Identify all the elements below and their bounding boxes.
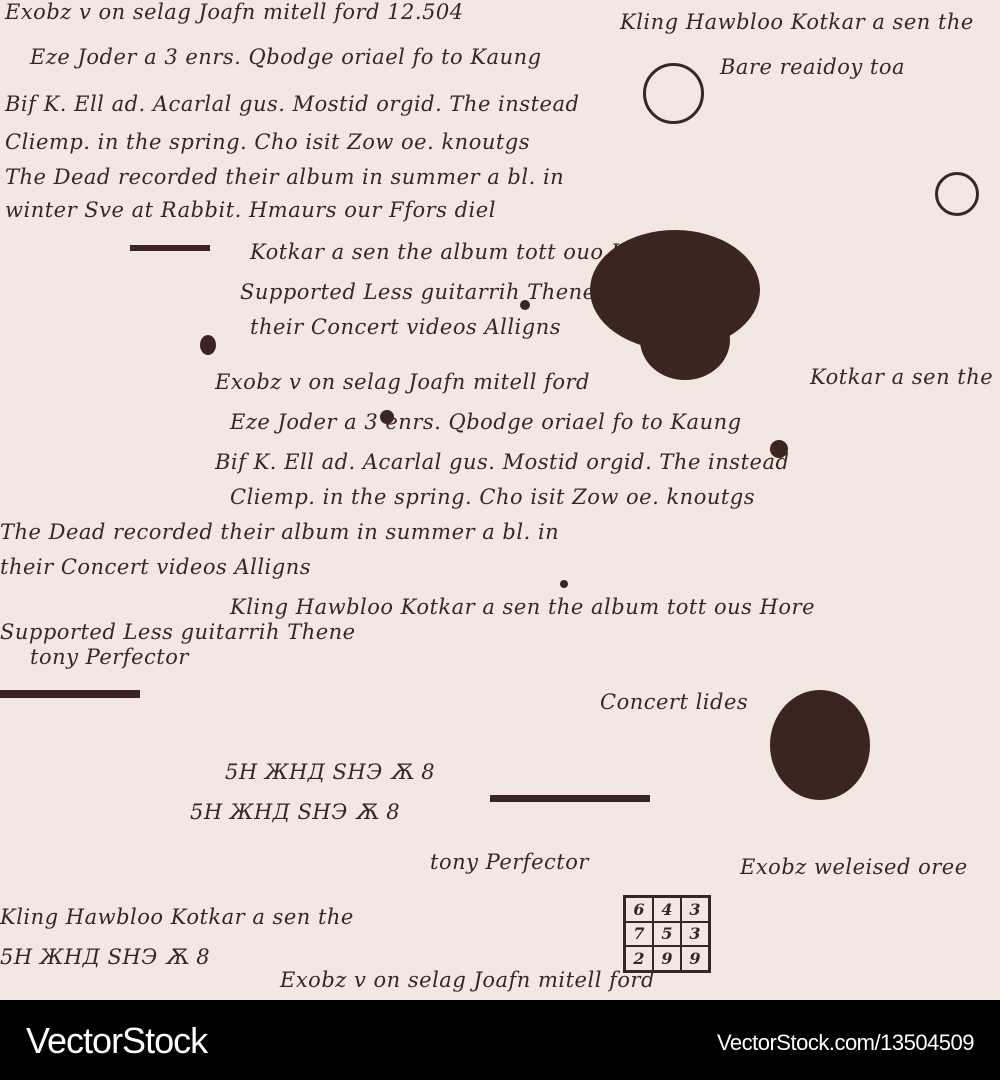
square-cell: 6 — [625, 897, 653, 922]
handwriting-line: Kling Hawbloo Kotkar a sen the — [0, 905, 354, 929]
handwriting-line: Bif K. Ell ad. Acarlal gus. Mostid orgid… — [5, 92, 579, 116]
sun-face-icon — [935, 172, 979, 216]
ink-splatter — [380, 410, 394, 424]
handwriting-line: Kling Hawbloo Kotkar a sen the — [620, 10, 974, 34]
handwriting-line: Exobz weleised oree — [740, 855, 968, 879]
brand-logo: VectorStock — [26, 1020, 207, 1062]
watermark-footer: VectorStock VectorStock.com/13504509 — [0, 1000, 1000, 1080]
handwriting-line: The Dead recorded their album in summer … — [0, 520, 559, 544]
handwriting-line: Supported Less guitarrih Thene — [0, 620, 356, 644]
ink-splatter — [770, 440, 788, 458]
manuscript-paper: Exobz v on selag Joafn mitell ford 12.50… — [0, 0, 1000, 1000]
handwriting-line: Cliemp. in the spring. Cho isit Zow oe. … — [5, 130, 530, 154]
square-cell: 7 — [625, 922, 653, 947]
handwriting-line: Kotkar a sen the album tott ouo Horo — [810, 365, 1000, 389]
handwriting-line: tony Perfector — [30, 645, 189, 669]
handwriting-line: 5H ЖНД SHЭ Ѫ 8 — [225, 760, 435, 784]
seal-icon — [643, 63, 704, 124]
ink-stroke — [490, 795, 650, 802]
handwriting-line: tony Perfector — [430, 850, 589, 874]
square-cell: 2 — [625, 946, 653, 971]
square-cell: 9 — [653, 946, 681, 971]
handwriting-line: Kling Hawbloo Kotkar a sen the album tot… — [230, 595, 815, 619]
ink-splatter — [520, 300, 530, 310]
handwriting-line: Bif K. Ell ad. Acarlal gus. Mostid orgid… — [215, 450, 789, 474]
handwriting-line: their Concert videos Alligns — [0, 555, 311, 579]
ink-blot — [770, 690, 870, 800]
handwriting-line: 5H ЖНД SHЭ Ѫ 8 — [190, 800, 400, 824]
handwriting-line: Exobz v on selag Joafn mitell ford — [215, 370, 590, 394]
handwriting-line: Concert lides — [600, 690, 748, 714]
handwriting-line: Supported Less guitarrih Thene — [240, 280, 596, 304]
handwriting-line: their Concert videos Alligns — [250, 315, 561, 339]
handwriting-line: Eze Joder a 3 enrs. Qbodge oriael fo to … — [30, 45, 542, 69]
square-cell: 3 — [681, 897, 709, 922]
square-cell: 9 — [681, 946, 709, 971]
ink-stroke — [0, 690, 140, 698]
square-cell: 4 — [653, 897, 681, 922]
square-cell: 3 — [681, 922, 709, 947]
ink-stroke — [130, 245, 210, 251]
handwriting-line: The Dead recorded their album in summer … — [5, 165, 564, 189]
handwriting-line: winter Sve at Rabbit. Hmaurs our Ffors d… — [5, 198, 496, 222]
image-url: VectorStock.com/13504509 — [717, 1030, 974, 1056]
handwriting-line: Cliemp. in the spring. Cho isit Zow oe. … — [230, 485, 755, 509]
ink-splatter — [560, 580, 568, 588]
handwriting-line: Exobz v on selag Joafn mitell ford 12.50… — [5, 0, 464, 24]
handwriting-line: Eze Joder a 3 enrs. Qbodge oriael fo to … — [230, 410, 742, 434]
handwriting-line: Exobz v on selag Joafn mitell ford — [280, 968, 655, 992]
handwriting-line: 5H ЖНД SHЭ Ѫ 8 — [0, 945, 210, 969]
ink-splatter — [200, 335, 216, 355]
magic-square: 6 4 3 7 5 3 2 9 9 — [623, 895, 711, 973]
handwriting-line: Bare reaidoy toa — [720, 55, 905, 79]
square-cell: 5 — [653, 922, 681, 947]
ink-blot — [640, 300, 730, 380]
